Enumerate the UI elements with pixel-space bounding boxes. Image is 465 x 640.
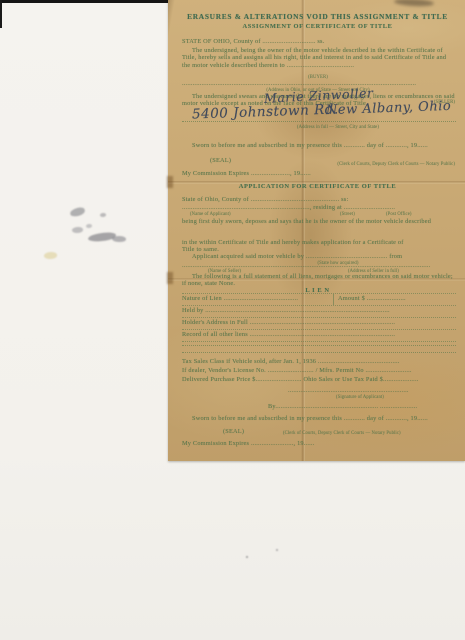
pencil-smudge (100, 213, 106, 217)
warning-heading: ERASURES & ALTERATIONS VOID THIS ASSIGNM… (174, 13, 461, 20)
signature-caption: (Signature of Applicant) (336, 394, 384, 401)
assignment-heading: ASSIGNMENT OF CERTIFICATE OF TITLE (174, 23, 461, 30)
sworn-line-1: Sworn to before me and subscribed in my … (182, 142, 456, 149)
sworn-line-2: Sworn to before me and subscribed in my … (182, 415, 456, 422)
lien-statement: The following is a full statement of all… (182, 273, 456, 288)
dealer-license-line: If dealer, Vendor's License No. ........… (182, 367, 456, 374)
app-body-1: being first duly sworn, deposes and says… (182, 218, 456, 225)
state-county-line: STATE OF OHIO, County of ...............… (182, 38, 324, 45)
seal-label-2: (SEAL) (223, 428, 244, 435)
pencil-smudge (112, 236, 126, 243)
app-body-2: in the within Certificate of Title and h… (182, 239, 456, 246)
pencil-smudge (86, 224, 92, 228)
aged-title-document: ERASURES & ALTERATIONS VOID THIS ASSIGNM… (168, 0, 465, 461)
pencil-smudge (69, 206, 85, 217)
handwritten-city-state: New Albany, Ohio (326, 99, 452, 118)
fold-notch (167, 272, 173, 284)
assignment-body: The undersigned, being the owner of the … (182, 47, 456, 69)
scanner-edge-sliver (0, 0, 2, 28)
app-state-county-line: State of Ohio, County of ...............… (182, 196, 348, 203)
commission-line-2: My Commission Expires ..................… (182, 440, 314, 447)
pencil-smudge (72, 227, 83, 233)
dust-speck (276, 549, 278, 551)
by-line: By......................................… (268, 403, 456, 410)
notary-caption-1: (Clerk of Courts, Deputy Clerk of Courts… (305, 161, 455, 168)
purchase-price-line: Delivered Purchase Price $..............… (182, 376, 456, 383)
scanned-photo: ERASURES & ALTERATIONS VOID THIS ASSIGNM… (0, 0, 465, 640)
lien-row-holder-address: Holder's Address in Full ...............… (182, 318, 456, 330)
blank-rule (182, 352, 456, 353)
lien-row-held-by: Held by ................................… (182, 306, 456, 318)
lien-table: Nature of Lien .........................… (182, 293, 456, 342)
blank-rule (182, 345, 456, 346)
notary-caption-2: (Clerk of Courts, Deputy Clerk of Courts… (283, 430, 401, 437)
seller-address-blank-line (182, 121, 456, 122)
seal-label-1: (SEAL) (210, 157, 231, 164)
other-liens-label: Record of all other liens ..............… (182, 330, 456, 341)
yellow-stain (44, 252, 57, 259)
scanner-edge-strip (0, 0, 169, 3)
seller-address-caption: (Address in full — Street, City and Stat… (258, 124, 418, 131)
fold-notch (167, 176, 173, 188)
nature-of-lien-label: Nature of Lien .........................… (182, 294, 333, 305)
lien-row-nature: Nature of Lien .........................… (182, 294, 456, 306)
lien-amount-label: Amount $ ...................... (333, 294, 456, 305)
dust-speck (246, 556, 248, 558)
corner-smudge (394, 0, 434, 7)
commission-line-1: My Commission Expires ..................… (182, 170, 311, 177)
held-by-label: Held by ................................… (182, 306, 456, 317)
application-heading: APPLICATION FOR CERTIFICATE OF TITLE (174, 183, 461, 190)
holder-address-label: Holder's Address in Full ...............… (182, 318, 456, 329)
lien-row-other-liens: Record of all other liens ..............… (182, 330, 456, 342)
tax-class-line: Tax Sales Class if Vehicle sold, after J… (182, 358, 456, 365)
